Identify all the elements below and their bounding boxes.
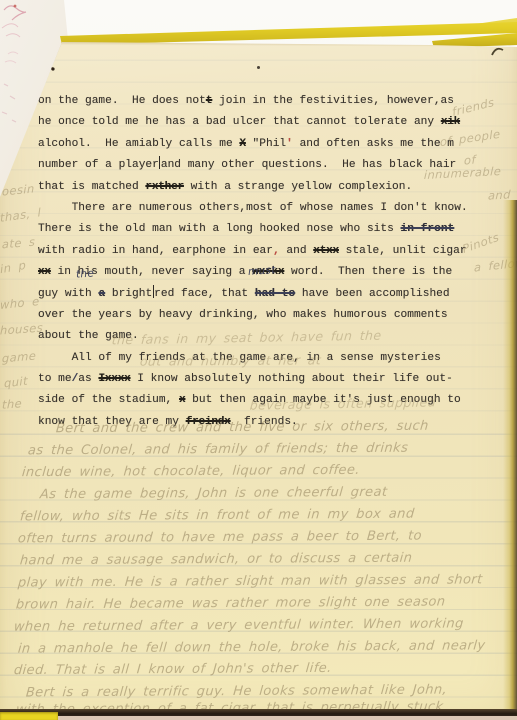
ghost-fragment: out and humbly at her at [139, 352, 321, 368]
handwritten-line: brown hair. He became was rather more sl… [15, 595, 446, 613]
typed-segment: with a strange yellow complexion. [184, 181, 412, 193]
typed-segment: over the years by heavy drinking, who ma… [38, 309, 448, 321]
right-folder-edge [503, 200, 517, 720]
pen-insertion: must [248, 264, 276, 278]
typed-segment-pen: had to [255, 288, 295, 300]
typed-segment: on the game. He does not [38, 95, 206, 107]
scanned-document: on the game. He does nott join in the fe… [0, 0, 517, 720]
typed-segment: word. Then there is the [284, 266, 452, 278]
margin-fragment-left: ate s [2, 235, 35, 252]
bottom-edge-shadow [0, 716, 517, 720]
typed-segment: and many other questions. He has black h… [161, 159, 456, 171]
handwritten-line: often turns around to have me pass a bee… [17, 529, 422, 547]
typed-line: There is the old man with a long hooked … [38, 219, 508, 240]
typed-segment: There is the old man with a long hooked … [38, 223, 401, 235]
typed-line: over the years by heavy drinking, who ma… [38, 305, 508, 326]
typed-segment: and often asks me the m [293, 138, 454, 150]
handwritten-line: when he returned after a very eventful w… [13, 616, 464, 634]
margin-fragment-left: game [2, 349, 36, 366]
typed-segment-x: rxther [145, 181, 183, 193]
typed-segment: bright [105, 288, 152, 300]
typed-segment: number of a player [38, 159, 159, 171]
typed-segment: with radio in hand, earphone in ear [38, 245, 273, 257]
typed-segment: to me [38, 373, 72, 385]
typed-segment: red face, that [154, 288, 255, 300]
handwritten-line: Bert and the crew and the five or six ot… [55, 419, 429, 437]
typed-segment: and [280, 245, 314, 257]
notebook-page: on the game. He does nott join in the fe… [0, 0, 517, 720]
typed-text: on the game. He does nott join in the fe… [38, 91, 508, 433]
typed-segment-x: xik [441, 116, 460, 128]
typed-segment: alcohol. He amiably calls me [38, 138, 239, 150]
handwritten-line: died. That is all I know of John's other… [13, 661, 332, 678]
pen-insertion: the [76, 267, 95, 280]
typed-segment-x: xtxx [313, 245, 339, 257]
typed-segment: I know absolutely nothing about their li… [131, 373, 453, 385]
ink-speck [257, 66, 260, 69]
typed-segment: as [78, 373, 98, 385]
typed-segment: side of the stadium, [38, 394, 179, 406]
pen-hook-mark [490, 44, 506, 58]
bottom-folder-corner [0, 712, 58, 720]
handwritten-line: As the game begins, John is one cheerful… [39, 485, 388, 502]
typed-segment: "Phil [246, 138, 286, 150]
handwritten-line: as the Colonel, and his family of friend… [27, 441, 408, 459]
typed-line: alcohol. He amiably calls me X "Phil' an… [38, 134, 508, 155]
typed-segment: guy with [38, 288, 98, 300]
handwritten-line: hand me a sausage sandwich, or to discus… [19, 551, 413, 569]
typed-segment-pen: in front [401, 223, 455, 235]
typed-segment: stale, unlit cigar [339, 245, 467, 257]
handwritten-line: Bert is a really terrific guy. He looks … [25, 683, 447, 701]
handwritten-line: fellow, who sits He sits in front of me … [19, 507, 415, 525]
typed-line: There are numerous others,most of whose … [38, 198, 508, 219]
margin-fragment-left: the [2, 396, 22, 411]
typed-segment-x: xx [38, 266, 51, 278]
typed-segment: join in the festivities, however,as [212, 95, 454, 107]
typed-line: to me/as Ixxxx I know absolutely nothing… [38, 369, 508, 390]
typed-segment-red: , [273, 245, 280, 257]
typed-line: guy with a brightred face, that had to h… [38, 284, 508, 305]
typed-segment-red: ' [286, 138, 293, 150]
typed-line: he once told me he has a bad ulcer that … [38, 112, 508, 133]
typed-segment-x: Ixxxx [98, 373, 130, 385]
bottom-scan-strip [0, 709, 517, 716]
typed-line: on the game. He does nott join in the fe… [38, 91, 508, 112]
typed-segment: have been accomplished [295, 288, 449, 300]
margin-fragment-left: quit [4, 374, 28, 391]
typed-segment: he once told me he has a bad ulcer that … [38, 116, 441, 128]
typed-segment: that is matched [38, 181, 145, 193]
typed-line: with radio in hand, earphone in ear, and… [38, 241, 508, 262]
typed-segment: There are numerous others,most of whose … [38, 202, 468, 214]
handwritten-line: include wine, hot chocolate, liquor and … [21, 463, 360, 480]
